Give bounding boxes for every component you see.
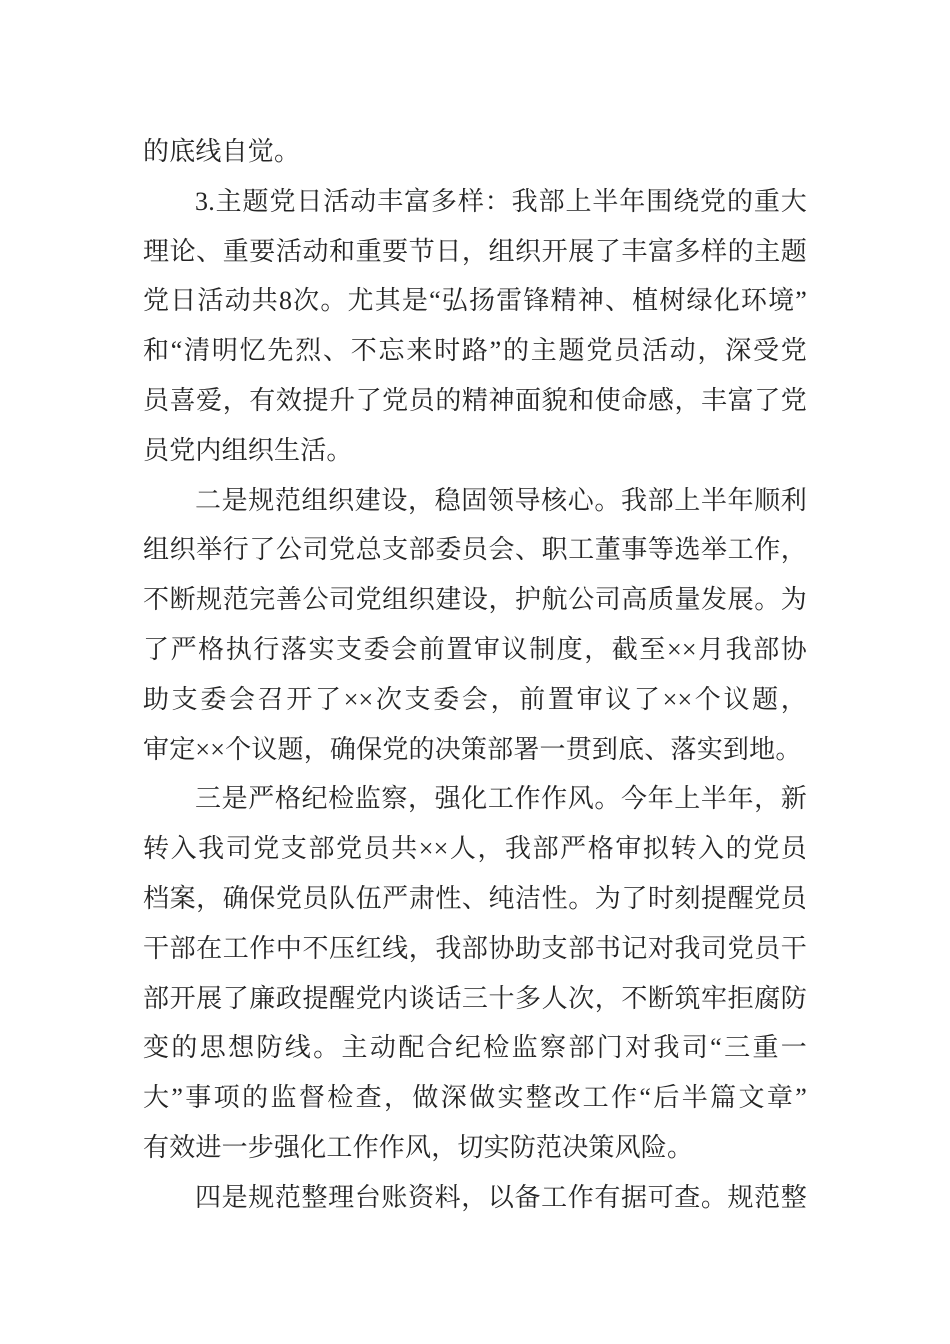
- text-line: 助支委会召开了××次支委会，前置审议了××个议题，: [143, 675, 807, 725]
- text-line: 不断规范完善公司党组织建设，护航公司高质量发展。为: [143, 575, 807, 625]
- text-line: 的底线自觉。: [143, 127, 807, 177]
- document-body: 的底线自觉。3.主题党日活动丰富多样：我部上半年围绕党的重大理论、重要活动和重要…: [143, 127, 807, 1223]
- paragraph: 二是规范组织建设，稳固领导核心。我部上半年顺利组织举行了公司党总支部委员会、职工…: [143, 476, 807, 775]
- paragraph: 3.主题党日活动丰富多样：我部上半年围绕党的重大理论、重要活动和重要节日，组织开…: [143, 177, 807, 476]
- text-line: 二是规范组织建设，稳固领导核心。我部上半年顺利: [143, 476, 807, 526]
- text-line: 3.主题党日活动丰富多样：我部上半年围绕党的重大: [143, 177, 807, 227]
- paragraph: 三是严格纪检监察，强化工作作风。今年上半年，新转入我司党支部党员共××人，我部严…: [143, 774, 807, 1172]
- paragraph: 的底线自觉。: [143, 127, 807, 177]
- text-line: 档案，确保党员队伍严肃性、纯洁性。为了时刻提醒党员: [143, 874, 807, 924]
- text-line: 干部在工作中不压红线，我部协助支部书记对我司党员干: [143, 924, 807, 974]
- text-line: 党日活动共8次。尤其是“弘扬雷锋精神、植树绿化环境”: [143, 276, 807, 326]
- text-line: 组织举行了公司党总支部委员会、职工董事等选举工作，: [143, 525, 807, 575]
- paragraph: 四是规范整理台账资料，以备工作有据可查。规范整: [143, 1173, 807, 1223]
- text-line: 了严格执行落实支委会前置审议制度，截至××月我部协: [143, 625, 807, 675]
- text-line: 变的思想防线。主动配合纪检监察部门对我司“三重一: [143, 1023, 807, 1073]
- text-line: 转入我司党支部党员共××人，我部严格审拟转入的党员: [143, 824, 807, 874]
- document-page: 的底线自觉。3.主题党日活动丰富多样：我部上半年围绕党的重大理论、重要活动和重要…: [0, 0, 950, 1344]
- text-line: 三是严格纪检监察，强化工作作风。今年上半年，新: [143, 774, 807, 824]
- text-line: 四是规范整理台账资料，以备工作有据可查。规范整: [143, 1173, 807, 1223]
- text-line: 和“清明忆先烈、不忘来时路”的主题党员活动，深受党: [143, 326, 807, 376]
- text-line: 部开展了廉政提醒党内谈话三十多人次，不断筑牢拒腐防: [143, 974, 807, 1024]
- text-line: 有效进一步强化工作作风，切实防范决策风险。: [143, 1123, 807, 1173]
- text-line: 大”事项的监督检查，做深做实整改工作“后半篇文章”: [143, 1073, 807, 1123]
- text-line: 理论、重要活动和重要节日，组织开展了丰富多样的主题: [143, 227, 807, 277]
- text-line: 审定××个议题，确保党的决策部署一贯到底、落实到地。: [143, 725, 807, 775]
- text-line: 员喜爱，有效提升了党员的精神面貌和使命感，丰富了党: [143, 376, 807, 426]
- text-line: 员党内组织生活。: [143, 426, 807, 476]
